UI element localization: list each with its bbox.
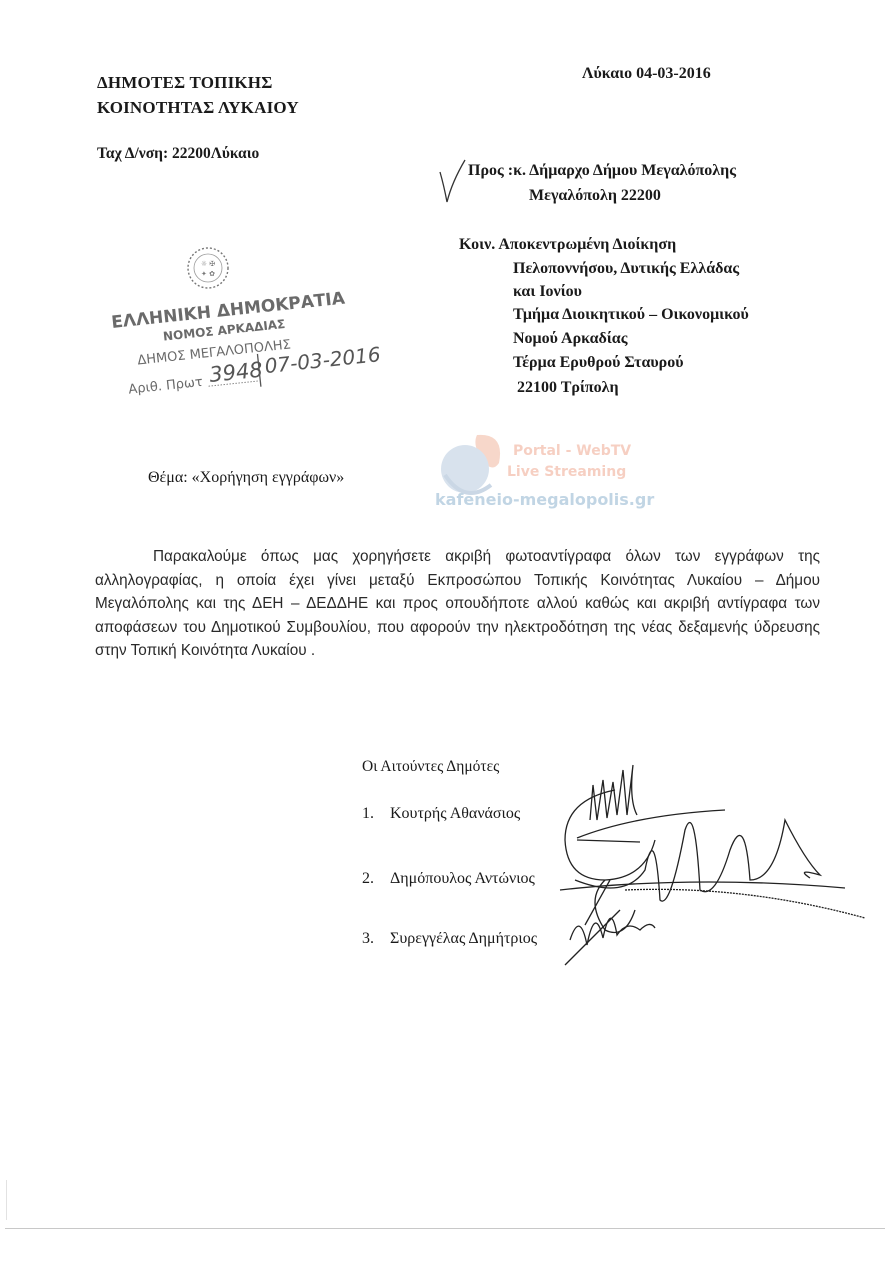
svg-text:✦ ✿: ✦ ✿: [201, 270, 215, 278]
svg-text:☼ ✠: ☼ ✠: [201, 260, 216, 268]
handwritten-signatures: [545, 760, 865, 980]
watermark-line-2: Live Streaming: [507, 464, 626, 480]
body-paragraph: Παρακαλούμε όπως μας χορηγήσετε ακριβή φ…: [95, 545, 820, 663]
signer-number: 3.: [362, 930, 390, 948]
sender-line-1: ΔΗΜΟΤΕΣ ΤΟΠΙΚΗΣ: [97, 70, 273, 95]
stamp-protocol-number: 3948: [208, 358, 264, 387]
recipient-line-2: Μεγαλόπολη 22200: [529, 187, 661, 205]
subject-line: Θέμα: «Χορήγηση εγγράφων»: [148, 469, 344, 487]
cc-address-line: Νομού Αρκαδίας: [513, 330, 627, 348]
handwritten-checkmark-icon: [438, 158, 466, 206]
watermark-site: kafeneio-megalopolis.gr: [435, 490, 654, 509]
signature-1-icon: [565, 765, 725, 880]
signer-item: 2.Δημόπουλος Αντώνιος: [362, 870, 535, 888]
cc-address-line: 22100 Τρίπολη: [517, 379, 619, 397]
signers-heading: Οι Αιτούντες Δημότες: [362, 758, 499, 776]
cc-address-line: Πελοποννήσου, Δυτικής Ελλάδας: [513, 260, 739, 278]
cc-address-line: Κοιν. Αποκεντρωμένη Διοίκηση: [459, 236, 676, 254]
cc-address-line: Τέρμα Ερυθρού Σταυρού: [513, 354, 684, 372]
recipient-line-1: Προς :κ. Δήμαρχο Δήμου Μεγαλόπολης: [468, 162, 736, 180]
greek-emblem-icon: ☼ ✠ ✦ ✿: [188, 248, 228, 288]
signer-item: 3.Συρεγγέλας Δημήτριος: [362, 930, 537, 948]
stamp-protocol-label: Αριθ. Πρωτ: [128, 375, 204, 398]
signer-name: Δημόπουλος Αντώνιος: [390, 870, 535, 887]
watermark-logo-icon: [441, 435, 500, 493]
sender-line-2: ΚΟΙΝΟΤΗΤΑΣ ΛΥΚΑΙΟΥ: [97, 95, 299, 120]
letter-body: Παρακαλούμε όπως μας χορηγήσετε ακριβή φ…: [95, 545, 820, 663]
signer-name: Συρεγγέλας Δημήτριος: [390, 930, 537, 947]
scan-bottom-edge: [5, 1228, 885, 1229]
protocol-stamp: ☼ ✠ ✦ ✿ ΕΛΛΗΝΙΚΗ ΔΗΜΟΚΡΑΤΙΑ ΝΟΜΟΣ ΑΡΚΑΔΙ…: [105, 240, 425, 400]
cc-address-line: και Ιονίου: [513, 283, 582, 301]
scan-edge: [6, 1180, 7, 1220]
signature-2-icon: [560, 820, 865, 933]
watermark-line-1: Portal - WebTV: [513, 443, 631, 459]
cc-address-line: Τμήμα Διοικητικού – Οικονομικού: [513, 306, 749, 324]
signer-name: Κουτρής Αθανάσιος: [390, 805, 520, 822]
signer-number: 1.: [362, 805, 390, 823]
sender-postal-address: Ταχ Δ/νση: 22200Λύκαιο: [97, 145, 259, 163]
signature-3-icon: [565, 880, 655, 965]
site-watermark: Portal - WebTV Live Streaming kafeneio-m…: [435, 425, 685, 515]
signer-item: 1.Κουτρής Αθανάσιος: [362, 805, 520, 823]
signer-number: 2.: [362, 870, 390, 888]
document-date: Λύκαιο 04-03-2016: [582, 65, 711, 83]
